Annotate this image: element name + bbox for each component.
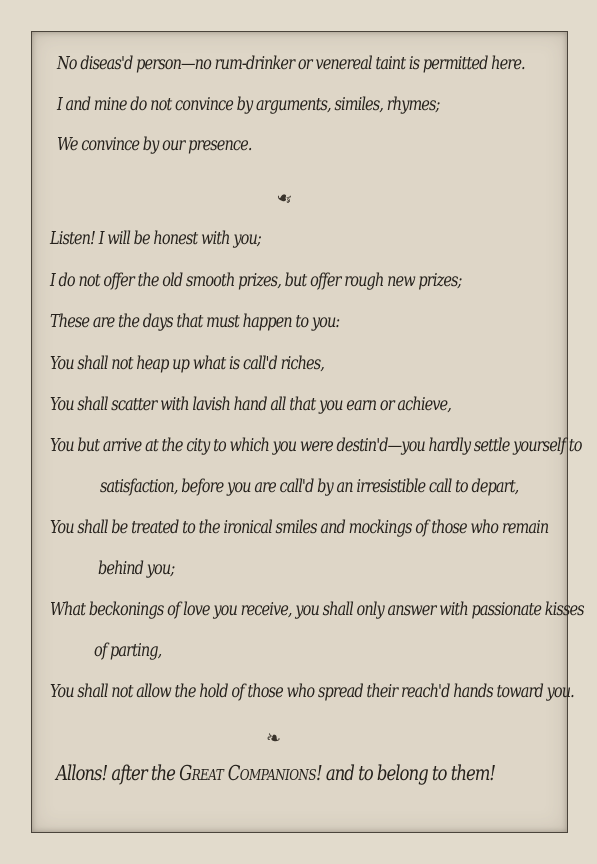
final-line-pre: Allons! after the — [56, 761, 179, 785]
poem-line: No diseas'd person—no rum-drinker or ven… — [57, 54, 525, 74]
poem-line: behind you; — [98, 559, 174, 579]
poem-line: You shall be treated to the ironical smi… — [50, 518, 548, 538]
final-line: Allons! after the Great Companions! and … — [56, 761, 495, 785]
poem-line: You shall scatter with lavish hand all t… — [50, 395, 451, 415]
poem-line: I and mine do not convince by arguments,… — [57, 95, 440, 115]
poem-line: These are the days that must happen to y… — [50, 312, 339, 332]
poem-line: I do not offer the old smooth prizes, bu… — [50, 271, 462, 291]
poem-line: What beckonings of love you receive, you… — [50, 600, 584, 620]
final-line-post: ! and to belong to them! — [316, 761, 495, 785]
poem-line: We convince by our presence. — [57, 135, 252, 155]
final-line-caps: Great Companions — [179, 761, 316, 785]
poem-line: You but arrive at the city to which you … — [50, 436, 582, 456]
poem-line: satisfaction, before you are call'd by a… — [100, 477, 518, 497]
poem-line: Listen! I will be honest with you; — [50, 229, 261, 249]
poem-line: You shall not allow the hold of those wh… — [50, 682, 574, 702]
poem-line: You shall not heap up what is call'd ric… — [50, 354, 324, 374]
poem-line: of parting, — [94, 641, 161, 661]
